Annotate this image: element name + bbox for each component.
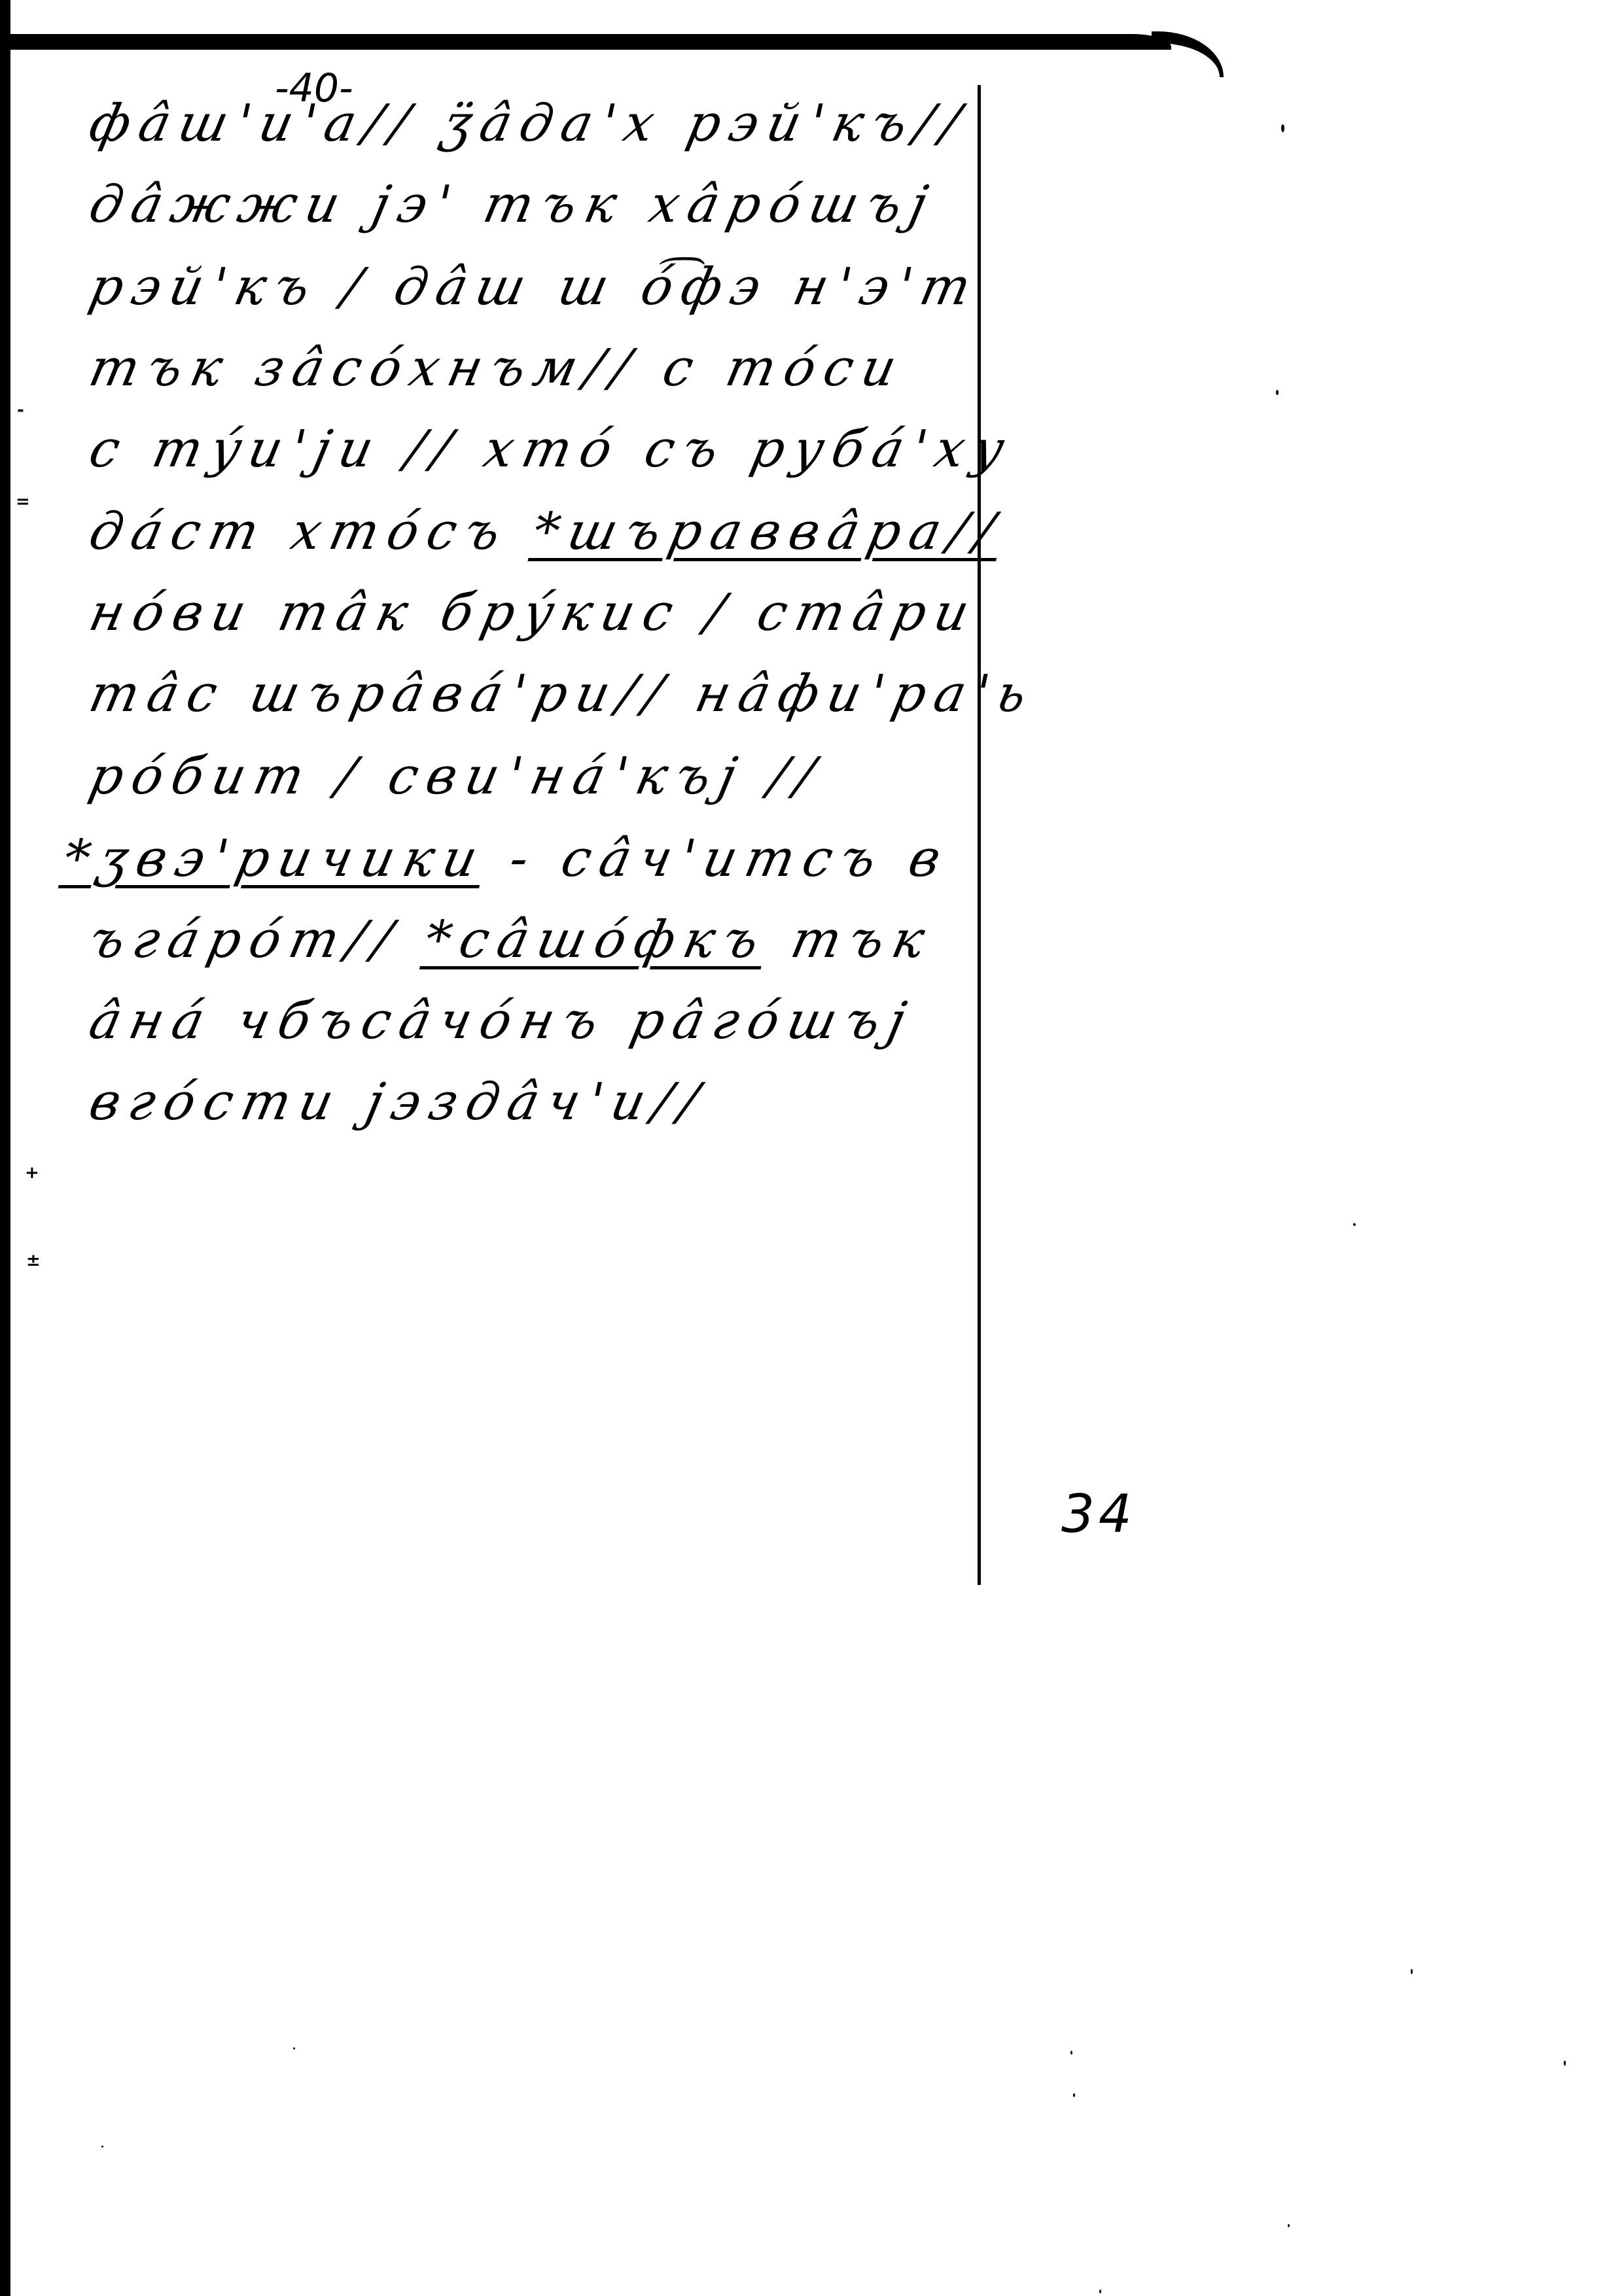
text-line-7: нóви тâк брýкис / стâри: [85, 587, 982, 638]
scan-speck: [1564, 2061, 1566, 2066]
scan-top-edge-curl: [1152, 31, 1224, 77]
scan-speck: [1353, 1223, 1356, 1226]
scan-speck: [293, 2047, 295, 2049]
text-line-9: рóбит / сви'нá'къј //: [85, 751, 828, 802]
text-line-2: дâжжи јэ' тък хâрóшъј: [85, 179, 941, 230]
scan-top-edge: [0, 34, 1171, 50]
scan-speck: [1276, 390, 1279, 395]
scan-speck: [1411, 1969, 1413, 1974]
scan-speck: [1288, 2224, 1290, 2227]
page-number: 34: [1061, 1484, 1136, 1544]
text-line-10-post: - сâч'итсъ в: [479, 829, 955, 888]
scan-speck: [1070, 2051, 1072, 2055]
underlined-term: *ʒвэ'ричики: [58, 829, 491, 888]
text-line-10: *ʒвэ'ричики - сâч'итсъ в: [59, 833, 954, 884]
manuscript-page: -40- фâш'и'а// ʒ̈âда'х рэй'къ// дâжжи јэ…: [0, 0, 1607, 2296]
text-line-6: дáст хтóсъ *шъраввâра//: [85, 506, 1008, 557]
text-line-5: с тýи'ји // хтó съ рубá'ху: [85, 424, 1017, 475]
scan-speck: [101, 2146, 103, 2148]
text-line-13: вгóсти јэздâч'и//: [85, 1077, 712, 1128]
margin-mark: +: [25, 1163, 39, 1183]
text-line-8: тâс шърâвá'ри// нâфи'ра'ь: [85, 669, 1040, 720]
margin-mark: ±: [26, 1251, 41, 1270]
scan-left-edge: [0, 0, 10, 2296]
text-line-4: тък зâсóхнъм// с тóси: [85, 343, 909, 394]
margin-rule: [978, 85, 981, 1585]
text-line-1: фâш'и'а// ʒ̈âда'х рэй'къ//: [85, 98, 974, 149]
underlined-term: *сâшóфкъ: [419, 911, 773, 969]
underlined-term: *шъраввâра//: [527, 502, 1008, 561]
scan-speck: [1073, 2093, 1075, 2097]
scan-speck: [1281, 124, 1284, 132]
margin-mark: -: [17, 400, 24, 420]
text-line-11-pre: ъгáрóт//: [84, 911, 432, 969]
text-line-3: рэй'къ / дâш ш ó͡фэ н'э'т: [85, 262, 984, 313]
scan-speck: [1099, 2289, 1101, 2293]
text-line-11: ъгáрóт// *сâшóфкъ тък: [85, 914, 938, 965]
text-line-6-pre: дáст хтóсъ: [84, 502, 540, 561]
margin-mark: =: [16, 492, 30, 512]
text-line-12: âнá чбъсâчóнъ рâгóшъј: [85, 996, 919, 1047]
text-line-11-post: тък: [761, 911, 939, 969]
